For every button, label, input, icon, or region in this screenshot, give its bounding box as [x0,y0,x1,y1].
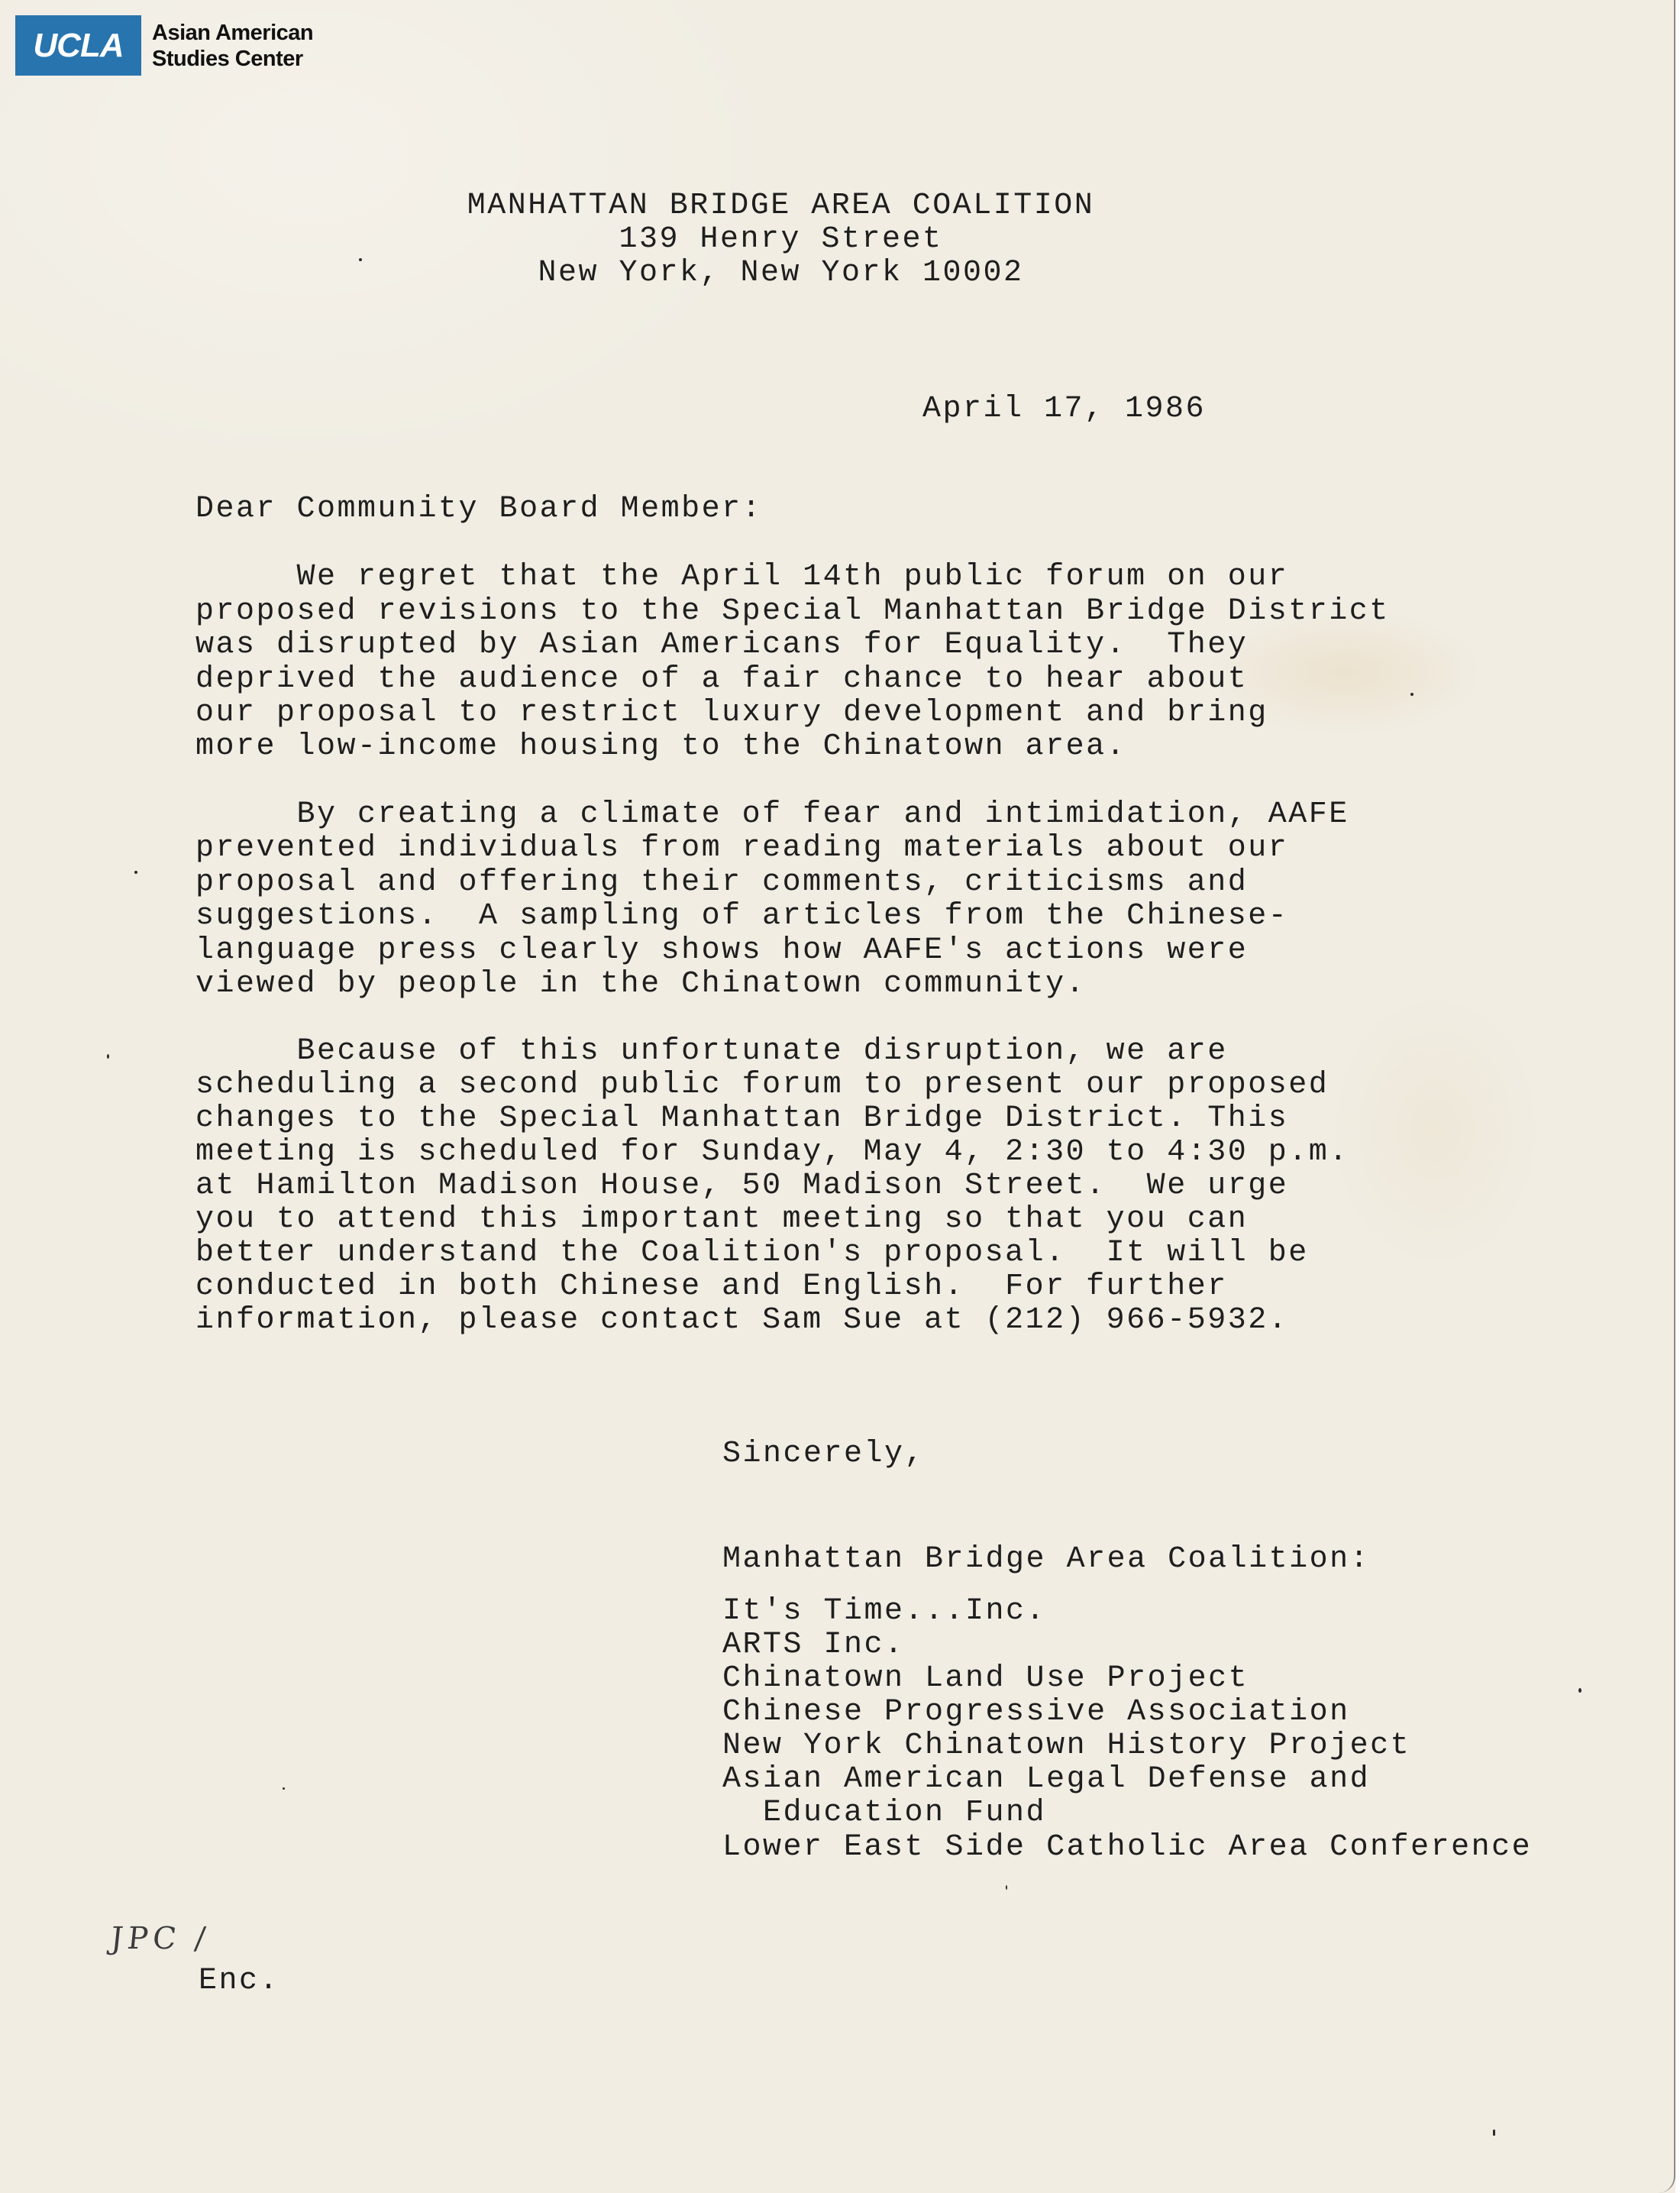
member-item: Lower East Side Catholic Area Conference [722,1831,1532,1865]
handwritten-initials: JPC / [109,1921,212,1956]
letterhead-city: New York, New York 10002 [0,257,1562,290]
enclosure-note: Enc. [199,1965,279,1998]
paragraph-line: our proposal to restrict luxury developm… [195,697,1268,730]
logo-wordmark: Asian American Studies Center [152,20,313,72]
paragraph-line: conducted in both Chinese and English. F… [195,1270,1228,1304]
paragraph-line: at Hamilton Madison House, 50 Madison St… [195,1169,1288,1203]
paragraph-line: more low-income housing to the Chinatown… [195,730,1126,764]
member-item: It's Time...Inc. [722,1595,1046,1629]
paragraph-line: you to attend this important meeting so … [195,1203,1248,1237]
member-item: Education Fund [722,1797,1046,1830]
paragraph-line: proposal and offering their comments, cr… [195,866,1248,900]
paragraph-line: information, please contact Sam Sue at (… [195,1304,1288,1337]
logo-line-1: Asian American [152,20,313,46]
paper-speck [1493,2130,1495,2136]
paper-speck [1410,693,1413,696]
paper-speck [1006,1885,1007,1890]
ucla-logo-mark: UCLA [15,15,141,76]
member-item: New York Chinatown History Project [722,1729,1410,1763]
paragraph-line: viewed by people in the Chinatown commun… [195,968,1086,1001]
paragraph-line: deprived the audience of a fair chance t… [195,663,1248,697]
member-item: Chinatown Land Use Project [722,1662,1249,1696]
signatory: Manhattan Bridge Area Coalition: [722,1543,1370,1577]
logo-line-2: Studies Center [152,46,313,72]
member-item: Asian American Legal Defense and [722,1763,1370,1797]
paragraph-line: scheduling a second public forum to pres… [195,1069,1329,1102]
member-item: ARTS Inc. [722,1629,905,1662]
paragraph-line: meeting is scheduled for Sunday, May 4, … [195,1136,1349,1169]
paragraph-line: proposed revisions to the Special Manhat… [195,595,1390,629]
paragraph-line: We regret that the April 14th public for… [195,561,1288,594]
salutation: Dear Community Board Member: [195,493,762,526]
paper-speck [107,1054,109,1059]
letterhead-name: MANHATTAN BRIDGE AREA COALITION [0,189,1562,223]
letter-date: April 17, 1986 [922,393,1206,426]
paper-speck [1578,1688,1581,1693]
page-edge [1675,0,1680,2193]
letterhead-street: 139 Henry Street [0,223,1562,257]
ucla-aasc-logo: UCLA Asian American Studies Center [15,15,313,76]
closing: Sincerely, [722,1438,925,1471]
paragraph-line: By creating a climate of fear and intimi… [195,798,1349,832]
paper-speck [134,871,137,874]
paper-speck [283,1787,285,1790]
paragraph-line: was disrupted by Asian Americans for Equ… [195,629,1248,662]
paragraph-line: suggestions. A sampling of articles from… [195,900,1288,933]
member-item: Chinese Progressive Association [722,1696,1350,1729]
letter-page: UCLA Asian American Studies Center MANHA… [0,0,1675,2193]
paragraph-line: better understand the Coalition's propos… [195,1237,1309,1270]
paragraph-line: language press clearly shows how AAFE's … [195,934,1248,968]
paragraph-line: changes to the Special Manhattan Bridge … [195,1102,1288,1136]
paragraph-line: Because of this unfortunate disruption, … [195,1035,1228,1069]
paragraph-line: prevented individuals from reading mater… [195,832,1288,865]
paper-speck [359,258,362,261]
